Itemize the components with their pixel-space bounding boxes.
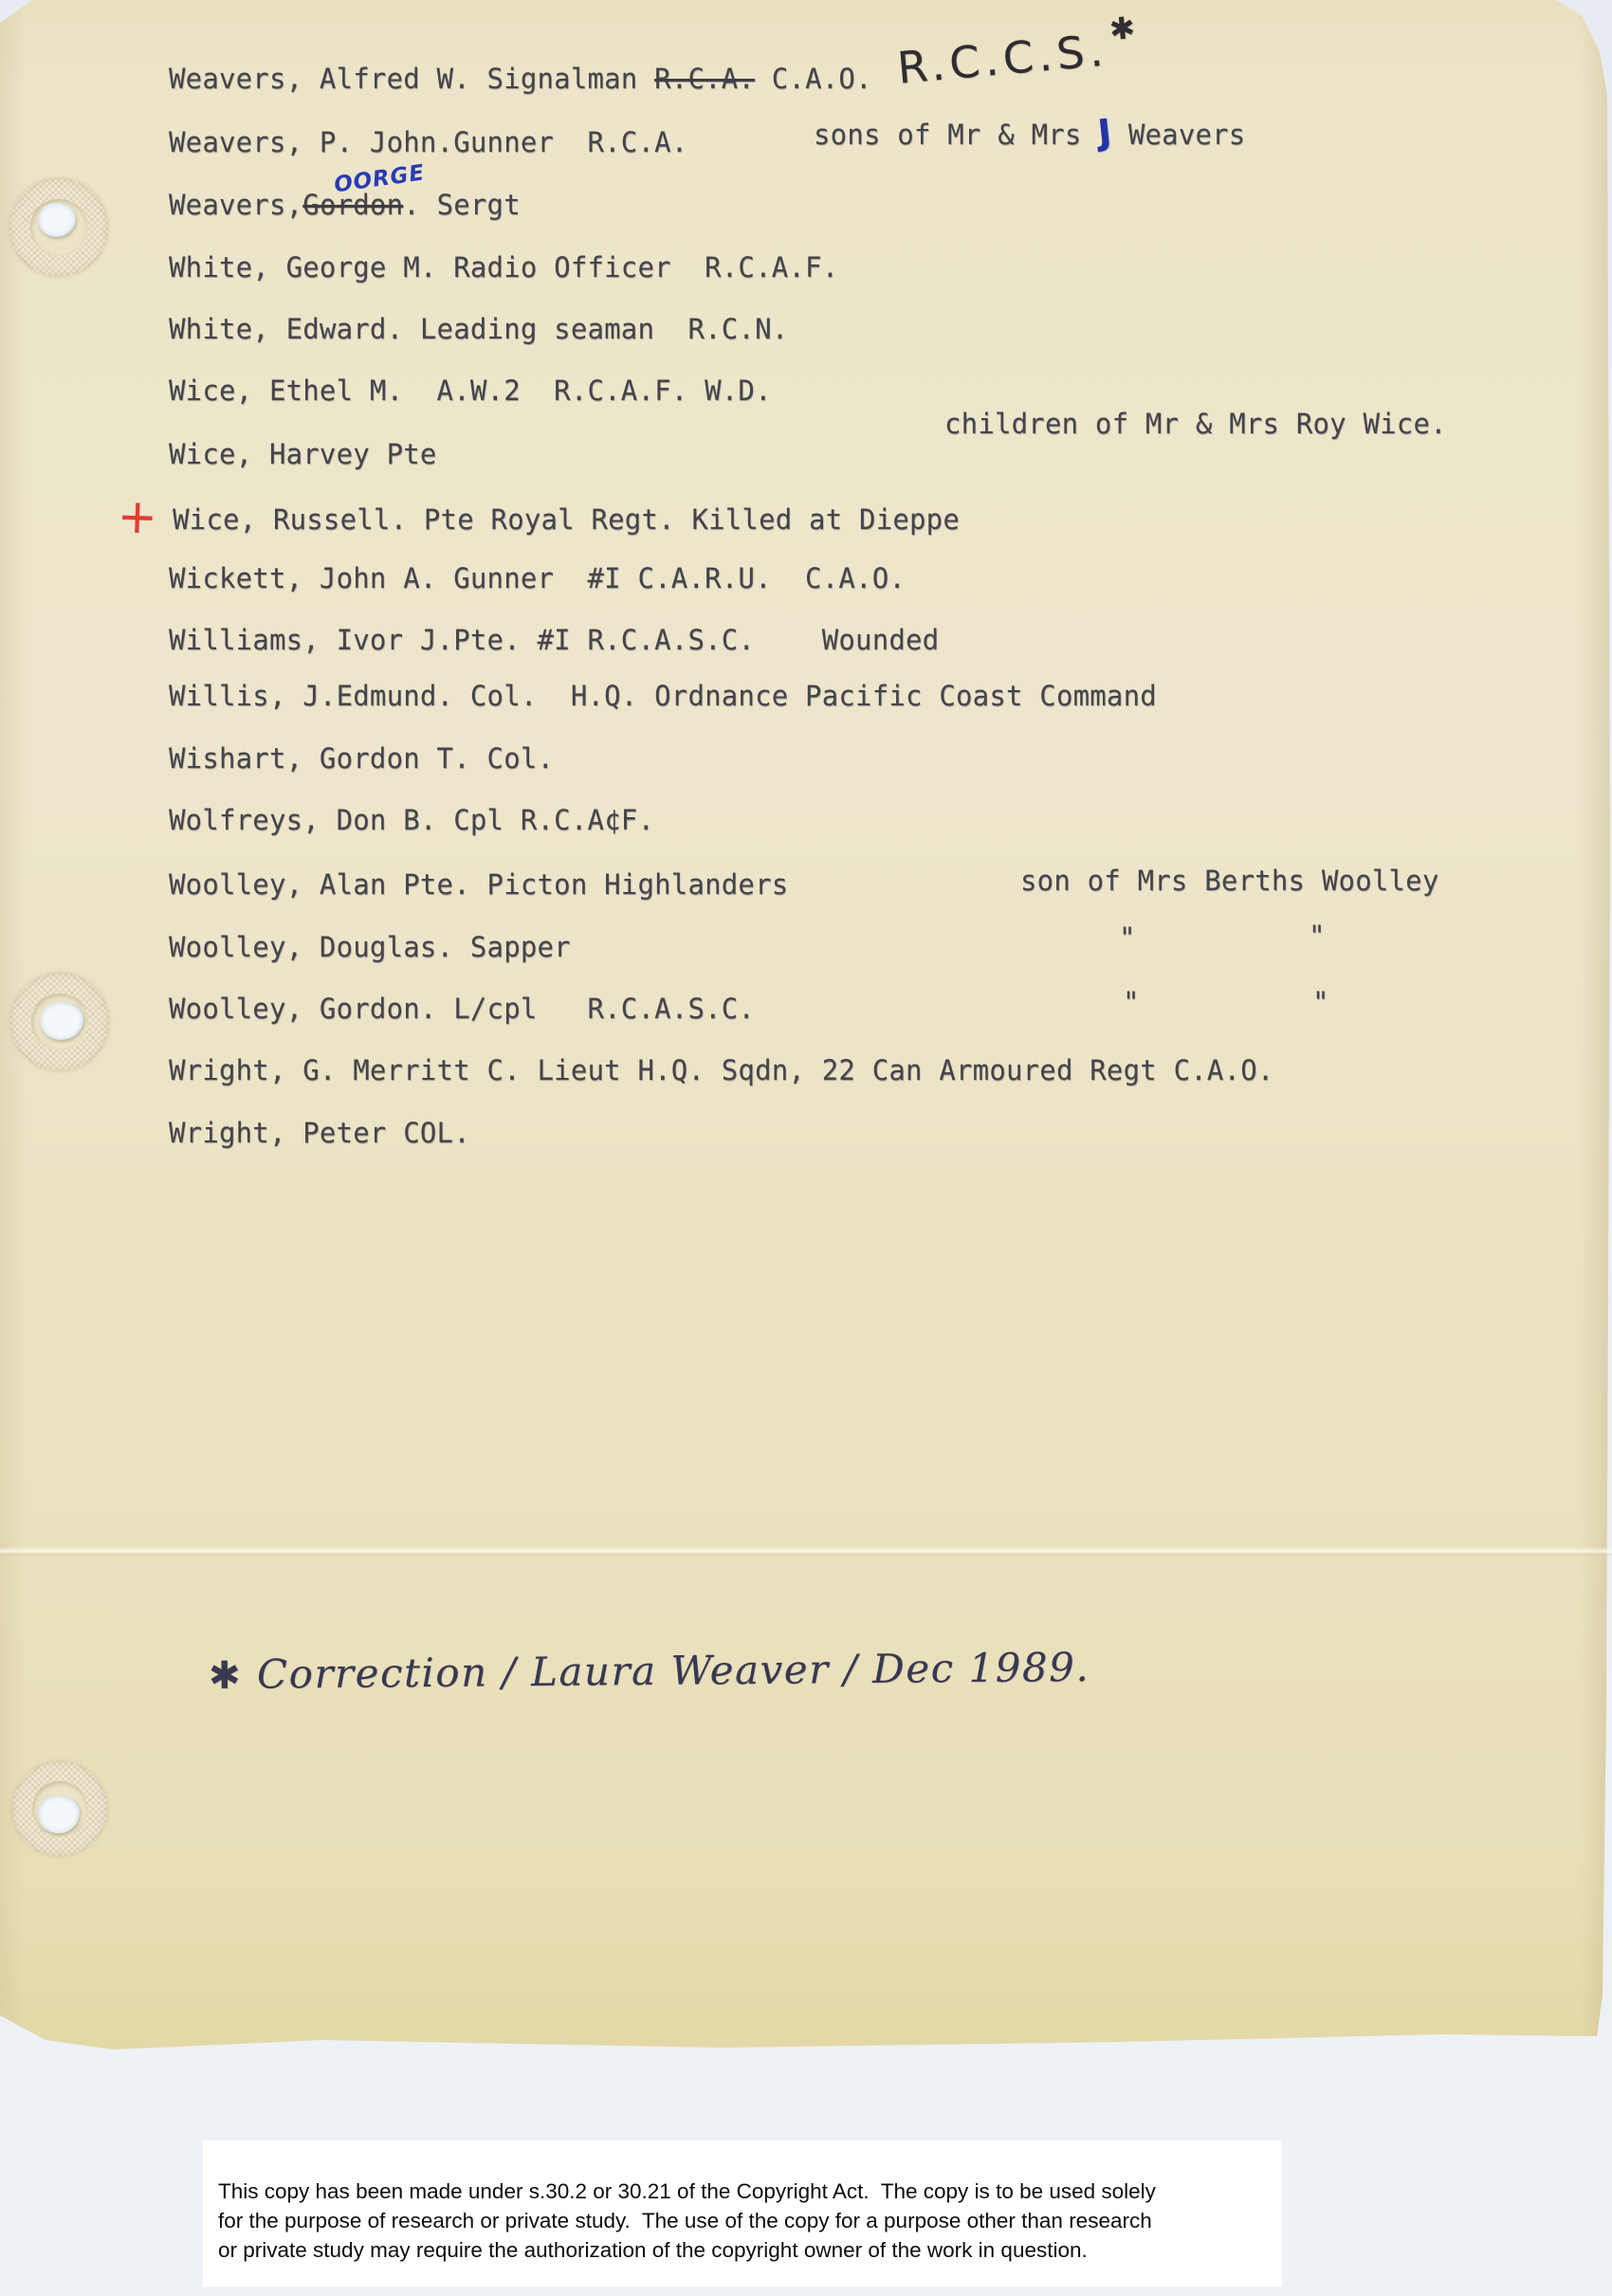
side-note-children: children of Mr & Mrs Roy Wice. (944, 408, 1447, 440)
roster-entry: Wice, Ethel M. A.W.2 R.C.A.F. W.D. (169, 374, 772, 407)
copyright-line: This copy has been made under s.30.2 or … (218, 2177, 1282, 2206)
struck-text: R.C.A. (654, 63, 755, 95)
entry-text: Weavers, Alfred W. Signalman (169, 63, 654, 95)
roster-entry: Woolley, Douglas. Sapper (169, 931, 571, 963)
side-note-text: son of Mrs Berths Woolley (1020, 865, 1439, 897)
side-note-text: Weavers (1111, 118, 1245, 151)
side-note-text: children of Mr & Mrs Roy Wice. (944, 408, 1447, 440)
entry-text: Wice, Russell. Pte Royal Regt. Killed at… (173, 503, 960, 536)
entry-text: Woolley, Alan Pte. Picton Highlanders (169, 868, 788, 901)
roster-entry: Willis, J.Edmund. Col. H.Q. Ordnance Pac… (169, 680, 1157, 712)
roster-entry: Woolley, Gordon. L/cpl R.C.A.S.C. (169, 993, 755, 1025)
entry-text: . Sergt (403, 189, 521, 221)
entry-text: Wright, G. Merritt C. Lieut H.Q. Sqdn, 2… (169, 1054, 1274, 1086)
entry-text: Weavers, P. John.Gunner R.C.A. (169, 126, 687, 158)
handwritten-initial: J (1098, 132, 1111, 133)
asterisk-mark: ✱ (1108, 9, 1136, 47)
side-note-sons: sons of Mr & Mrs J Weavers (814, 118, 1245, 151)
copyright-line: or private study may require the authori… (218, 2235, 1282, 2265)
side-note-son-woolley: son of Mrs Berths Woolley (1020, 865, 1439, 897)
entry-text: Wright, Peter COL. (169, 1117, 470, 1149)
entry-text: C.A.O. (755, 63, 872, 95)
entry-text: Willis, J.Edmund. Col. H.Q. Ordnance Pac… (169, 680, 1157, 712)
roster-entry: Wickett, John A. Gunner #I C.A.R.U. C.A.… (169, 562, 906, 594)
entry-text: White, Edward. Leading seaman R.C.N. (169, 313, 788, 345)
entry-text: Woolley, Douglas. Sapper (169, 931, 571, 963)
roster-entry: Wolfreys, Don B. Cpl R.C.A¢F. (169, 804, 654, 836)
entry-text: Weavers, (169, 189, 302, 221)
roster-entry: Weavers, Alfred W. Signalman R.C.A. C.A.… (169, 63, 872, 95)
ditto-mark: " (1312, 986, 1329, 1018)
fold-crease (0, 1547, 1612, 1557)
annotation-correction-note: ✱Correction / Laura Weaver / Dec 1989. (209, 1644, 1090, 1698)
roster-entry: Williams, Ivor J.Pte. #I R.C.A.S.C. Woun… (169, 624, 939, 656)
ditto-text: " (1309, 920, 1326, 952)
roster-entry: Weavers, P. John.Gunner R.C.A. (169, 126, 687, 158)
cross-glyph: + (117, 488, 158, 544)
entry-text: White, George M. Radio Officer R.C.A.F. (169, 251, 838, 283)
ditto-text: " (1123, 986, 1140, 1018)
scanned-document-page: { "doc": { "roster": [ {"pre": "Weavers,… (0, 0, 1612, 2296)
roster-entry: White, George M. Radio Officer R.C.A.F. (169, 251, 838, 283)
paper-sheet (0, 0, 1612, 2052)
copyright-notice: This copy has been made under s.30.2 or … (203, 2141, 1282, 2287)
side-note-text: sons of Mr & Mrs (814, 118, 1098, 151)
asterisk-mark: ✱ (209, 1654, 242, 1698)
roster-entry: Wright, G. Merritt C. Lieut H.Q. Sqdn, 2… (169, 1054, 1274, 1086)
roster-entry: Woolley, Alan Pte. Picton Highlanders (169, 868, 788, 901)
entry-text: Wice, Ethel M. A.W.2 R.C.A.F. W.D. (169, 374, 772, 407)
roster-entry: Wice, Russell. Pte Royal Regt. Killed at… (173, 503, 960, 536)
ditto-text: " (1119, 921, 1136, 954)
ditto-text: " (1312, 986, 1329, 1018)
entry-text: Wice, Harvey Pte (169, 438, 437, 470)
entry-text: Wishart, Gordon T. Col. (169, 742, 554, 774)
ditto-mark: " (1119, 921, 1136, 954)
entry-text: Wolfreys, Don B. Cpl R.C.A¢F. (169, 804, 654, 836)
roster-entry: Wishart, Gordon T. Col. (169, 742, 554, 774)
roster-entry: Wright, Peter COL. (169, 1117, 470, 1149)
copyright-line: for the purpose of research or private s… (218, 2206, 1282, 2235)
ditto-mark: " (1123, 986, 1140, 1018)
roster-entry: Wice, Harvey Pte (169, 438, 437, 470)
entry-text: Woolley, Gordon. L/cpl R.C.A.S.C. (169, 993, 755, 1025)
correction-note-text: Correction / Laura Weaver / Dec 1989. (257, 1644, 1090, 1698)
roster-entry: White, Edward. Leading seaman R.C.N. (169, 313, 788, 345)
entry-text: Williams, Ivor J.Pte. #I R.C.A.S.C. Woun… (169, 624, 939, 656)
killed-cross-mark: + (117, 488, 158, 544)
ditto-mark: " (1309, 920, 1326, 952)
entry-text: Wickett, John A. Gunner #I C.A.R.U. C.A.… (169, 562, 906, 594)
